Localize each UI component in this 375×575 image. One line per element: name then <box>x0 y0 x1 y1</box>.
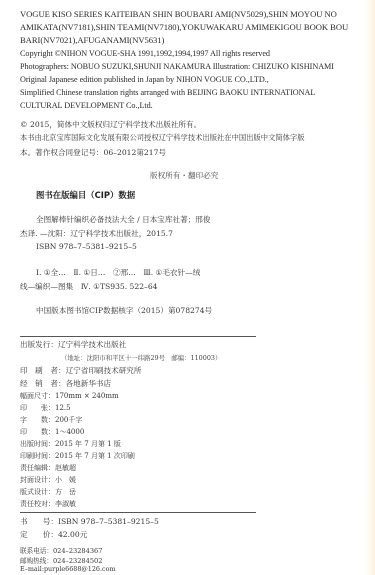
english-line: Original Japanese edition published in J… <box>20 73 269 86</box>
divider-top <box>20 336 256 337</box>
rights-notice: 版权所有・翻印必究 <box>150 170 218 181</box>
price-label: 定 价： <box>20 530 58 539</box>
colophon-value: 各地新华书店 <box>66 379 112 388</box>
colophon-row: 印 刷 者：辽宁省印刷技术研究所 <box>20 365 142 376</box>
colophon-value: 200千字 <box>55 416 82 424</box>
cip-class-line: 线—编织—图集 Ⅳ. ①TS935. 522–64 <box>20 281 158 292</box>
colophon-value: 小 媛 <box>55 476 76 484</box>
colophon-value: 赵敏超 <box>55 464 76 472</box>
colophon-row: 印刷时间：2015 年 7 月第 1 次印刷 <box>20 451 135 461</box>
colophon-row: 字 数：200千字 <box>20 415 82 425</box>
page-edge-shadow <box>365 0 375 575</box>
colophon-value: 1～4000 <box>55 428 84 436</box>
copyright-line: 本书由北京宝库国际文化发展有限公司授权辽宁科学技术出版社在中国出版中文简体字版 <box>20 133 305 143</box>
colophon-value: 李淑敏 <box>55 500 76 508</box>
divider-bottom <box>20 512 256 513</box>
colophon-label: 版式设计： <box>20 487 55 497</box>
colophon-label: 印 数： <box>20 427 55 437</box>
book-number-label: 书 号： <box>20 517 58 526</box>
english-line: Photographers: NOBUO SUZUKI,SHUNJI NAKAM… <box>20 60 334 73</box>
book-number-value: ISBN 978–7–5381–9215–5 <box>58 517 159 526</box>
copyright-line: © 2015，简体中文版权归辽宁科学技术出版社所有。 <box>20 119 201 130</box>
price-row: 定 价：42.00元 <box>20 529 87 540</box>
colophon-value: 辽宁省印刷技术研究所 <box>66 366 142 375</box>
colophon-value: 2015 年 7 月第 1 版 <box>55 440 121 448</box>
english-line: Simplified Chinese translation rights ar… <box>20 86 315 99</box>
book-number-row: 书 号：ISBN 978–7–5381–9215–5 <box>20 516 159 527</box>
english-line: BARI(NV7021),AFUGANAMI(NV5631) <box>20 34 164 47</box>
colophon-label: 字 数： <box>20 415 55 425</box>
colophon-row: 版式设计：方 岳 <box>20 487 76 497</box>
cip-isbn: ISBN 978–7–5381–9215–5 <box>36 242 137 251</box>
english-line: CULTURAL DEVELOPMENT Co.,Ltd. <box>20 99 153 112</box>
price-value: 42.00元 <box>58 530 87 539</box>
colophon-label: 出版时间： <box>20 439 55 449</box>
colophon-value: 辽宁科学技术出版社 <box>58 340 126 349</box>
english-line: VOGUE KISO SERIES KAITEIBAN SHIN BOUBARI… <box>20 8 337 21</box>
colophon-value: 12.5 <box>55 404 71 412</box>
contact-phone: 联系电话：024–23284367 <box>20 545 102 555</box>
colophon-row: 出版发行：辽宁科学技术出版社 <box>20 339 126 350</box>
cip-entry-line: 全图解棒针编织必备技法大全 / 日本宝库社著；邢俊 <box>36 214 210 225</box>
colophon-label: 印 张： <box>20 403 55 413</box>
colophon-row: 印 张：12.5 <box>20 403 71 413</box>
colophon-label: 责任校对： <box>20 499 55 509</box>
colophon-label: 幅面尺寸： <box>20 391 55 401</box>
contact-email: E–mail:purple6688@126.com <box>20 565 116 573</box>
english-line: Copyright ©NIHON VOGUE-SHA 1991,1992,199… <box>20 47 270 60</box>
colophon-row: 封面设计：小 媛 <box>20 475 76 485</box>
colophon-value: 170mm × 240mm <box>55 392 119 400</box>
copyright-line: 本。著作权合同登记号：06–2012第217号 <box>20 147 166 158</box>
cip-heading: 图书在版编目（CIP）数据 <box>36 189 135 201</box>
colophon-row: 责任编辑：赵敏超 <box>20 463 76 473</box>
colophon-label: 印 刷 者： <box>20 365 66 376</box>
colophon-label: 印刷时间： <box>20 451 55 461</box>
colophon-row: 出版时间：2015 年 7 月第 1 版 <box>20 439 121 449</box>
colophon-row: 幅面尺寸：170mm × 240mm <box>20 391 119 401</box>
colophon-value: 方 岳 <box>55 488 76 496</box>
cip-entry-line: 杰译. —沈阳：辽宁科学技术出版社，2015.7 <box>20 228 173 239</box>
colophon-value: 2015 年 7 月第 1 次印刷 <box>55 452 135 460</box>
english-line: AMIKATA(NV7181),SHIN TEAMI(NV7180),YOKUW… <box>20 21 348 34</box>
colophon-row: 经 销 者：各地新华书店 <box>20 378 111 389</box>
colophon-label: 责任编辑： <box>20 463 55 473</box>
colophon-row: 责任校对：李淑敏 <box>20 499 76 509</box>
colophon-label: 出版发行： <box>20 339 58 350</box>
colophon-label: 封面设计： <box>20 475 55 485</box>
contact-mail-order: 邮购热线：024–23284502 <box>20 555 102 565</box>
cip-record: 中国版本图书馆CIP数据核字（2015）第078274号 <box>36 305 212 316</box>
colophon-address: （地址：沈阳市和平区十一纬路29号 邮编：110003） <box>61 353 221 362</box>
colophon-label: 经 销 者： <box>20 378 66 389</box>
colophon-row: 印 数：1～4000 <box>20 427 84 437</box>
cip-class-line: Ⅰ. ①全… Ⅱ. ①日… ②邢… Ⅲ. ①毛衣针—绒 <box>36 267 200 278</box>
